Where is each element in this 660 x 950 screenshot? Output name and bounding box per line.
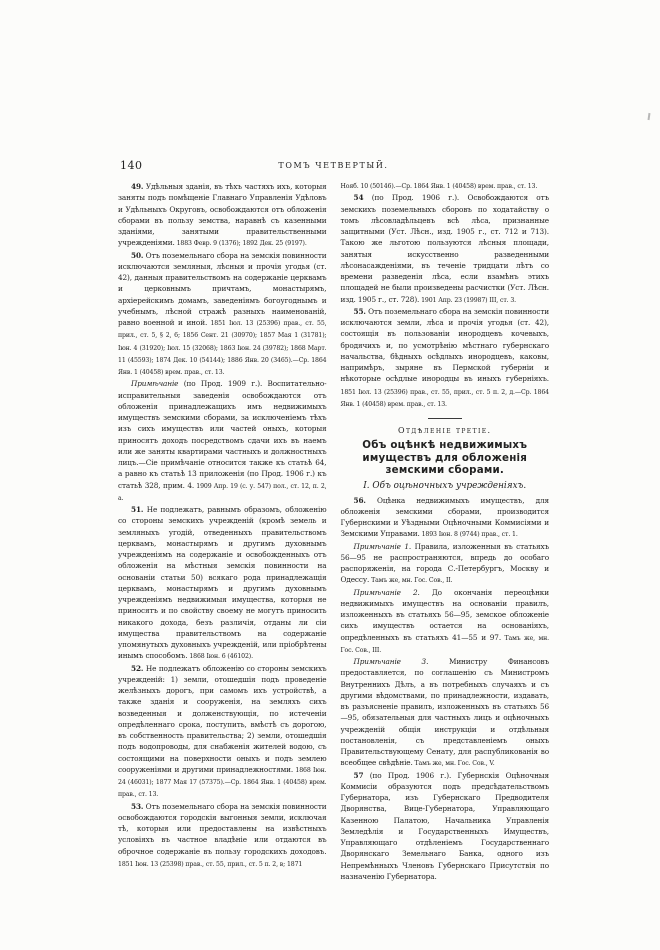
- article-text: Не подлежатъ обложенію со стороны земски…: [118, 664, 327, 774]
- section-subtitle: I. Объ оцѣночныхъ учрежденіяхъ.: [341, 481, 550, 491]
- article-53: 53. Отъ поземельнаго сбора на земскія по…: [118, 801, 327, 871]
- citation-continuation: Нояб. 10 (50146).—Ср. 1864 Янв. 1 (40458…: [341, 181, 550, 192]
- note-lead: Примѣчаніе 1.: [354, 542, 412, 551]
- article-paren: (по Прод. 1906 г.).: [363, 193, 467, 202]
- article-51: 51. Не подлежатъ, равнымъ образомъ, обло…: [118, 504, 327, 663]
- article-number: 49.: [131, 182, 143, 191]
- article-54: 54 (по Прод. 1906 г.). Освобождаются отъ…: [341, 192, 550, 306]
- note-2: Примѣчаніе 2. До окончанія переоцѣнки не…: [341, 587, 550, 657]
- citation: 1883 Февр. 9 (1376); 1892 Дек. 25 (9197)…: [175, 240, 307, 247]
- two-column-text-block: 49. Удѣльныя зданія, въ тѣхъ частяхъ ихъ…: [118, 181, 549, 882]
- article-number: 51.: [131, 505, 143, 514]
- article-number: 53.: [131, 802, 143, 811]
- note-lead: Примѣчаніе 3.: [354, 657, 429, 666]
- article-text: Отъ поземельнаго сбора на земскія повинн…: [341, 307, 550, 384]
- article-number: 52.: [131, 664, 143, 673]
- article-text: Удѣльныя зданія, въ тѣхъ частяхъ ихъ, ко…: [118, 182, 327, 247]
- article-49: 49. Удѣльныя зданія, въ тѣхъ частяхъ ихъ…: [118, 181, 327, 250]
- article-50: 50. Отъ поземельнаго сбора на земскія по…: [118, 250, 327, 379]
- note-prod-1909: Примѣчаніе (по Прод. 1909 г.). Воспитате…: [118, 378, 327, 504]
- article-number: 50.: [131, 251, 143, 260]
- citation: Тамъ же, мн. Гос. Сов., V.: [413, 760, 495, 767]
- article-number: 54: [354, 193, 364, 202]
- scanned-book-page: 140 ТОМЪ ЧЕТВЕРТЫЙ. 49. Удѣльныя зданія,…: [0, 0, 660, 950]
- page-number: 140: [120, 159, 143, 172]
- article-paren: (по Прод. 1906 г.).: [363, 771, 457, 780]
- article-56: 56. Оцѣнка недвижимыхъ имуществъ, для об…: [341, 495, 550, 541]
- citation: 1851 Іюн. 13 (25398) прав., ст. 55, прил…: [118, 861, 302, 868]
- running-title: ТОМЪ ЧЕТВЕРТЫЙ.: [118, 161, 549, 170]
- note-1: Примѣчаніе 1. Правила, изложенныя въ ста…: [341, 541, 550, 587]
- article-text: Отъ поземельнаго сбора на земскія повинн…: [118, 802, 327, 856]
- article-number: 55.: [354, 307, 366, 316]
- citation: 1901 Апр. 23 (19987) III, ст. 3.: [419, 297, 516, 304]
- citation: 1868 Іюн. 6 (46102).: [188, 653, 253, 660]
- article-55: 55. Отъ поземельнаго сбора на земскія по…: [341, 306, 550, 410]
- article-text: Отъ поземельнаго сбора на земскія повинн…: [118, 251, 327, 328]
- note-lead: Примѣчаніе 2.: [354, 588, 420, 597]
- citation: 1893 Іюн. 8 (9744) прав., ст. 1.: [420, 531, 518, 538]
- section-divider: [428, 418, 462, 419]
- article-text: Губернскія Оцѣночныя Коммисіи образуются…: [341, 771, 550, 881]
- article-number: 56.: [354, 496, 366, 505]
- note-3: Примѣчаніе 3. Министру Финансовъ предост…: [341, 656, 550, 770]
- note-lead: Примѣчаніе: [131, 379, 178, 388]
- scan-speck: [647, 113, 649, 120]
- article-text: Освобождаются отъ земскихъ поземельныхъ …: [341, 193, 550, 303]
- article-57: 57 (по Прод. 1906 г.). Губернскія Оцѣноч…: [341, 770, 550, 883]
- article-text: Не подлежатъ, равнымъ образомъ, обложені…: [118, 505, 327, 660]
- page-header: 140 ТОМЪ ЧЕТВЕРТЫЙ.: [118, 161, 549, 174]
- article-52: 52. Не подлежатъ обложенію со стороны зе…: [118, 663, 327, 801]
- citation: 1851 Іюл. 13 (25396) прав., ст. 55, прил…: [341, 389, 550, 408]
- citation: 1851 Іюл. 13 (25396) прав., ст. 55, прил…: [118, 320, 327, 376]
- note-text: Воспитательно-исправительныя заведенія о…: [118, 379, 327, 489]
- right-column: Нояб. 10 (50146).—Ср. 1864 Янв. 1 (40458…: [341, 181, 550, 882]
- note-paren: (по Прод. 1909 г.).: [178, 379, 267, 388]
- article-number: 57: [354, 771, 364, 780]
- section-title: Объ оцѣнкѣ недвижимыхъ имуществъ для обл…: [341, 439, 550, 477]
- note-text: Министру Финансовъ предоставляется, по с…: [341, 657, 550, 767]
- citation: Тамъ же, мн. Гос. Сов., II.: [369, 577, 452, 584]
- left-column: 49. Удѣльныя зданія, въ тѣхъ частяхъ ихъ…: [118, 181, 327, 882]
- section-heading-small-caps: Отдѣленіе третіе.: [341, 426, 550, 435]
